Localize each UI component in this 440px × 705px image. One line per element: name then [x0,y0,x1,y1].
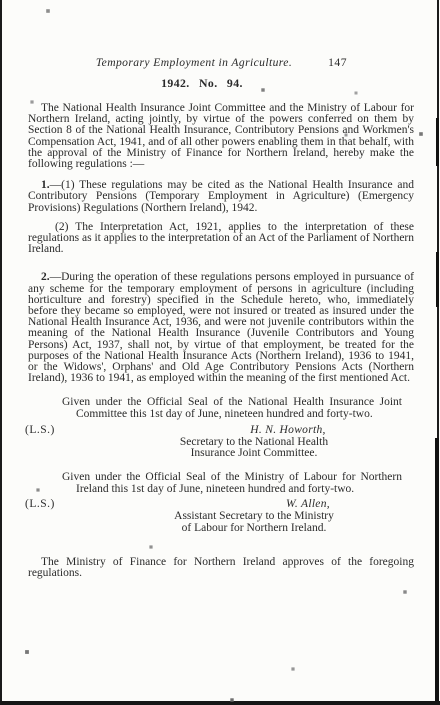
regulation-2-text: —During the operation of these regulatio… [28,271,414,384]
scan-edge-artifact [435,438,439,705]
running-head: Temporary Employment in Agriculture. 147 [28,56,414,69]
signatory-first: H. N. Howorth, [28,424,414,437]
signatory-second-office-line-2: of Labour for Northern Ireland. [28,523,414,535]
signature-row-first: (L.S.) H. N. Howorth, [28,424,414,437]
page-number: 147 [328,56,347,69]
running-title: Temporary Employment in Agriculture. [96,56,292,69]
regulation-1-paragraph: 1.—(1) These regulations may be cited as… [28,180,414,214]
regulation-2-paragraph: 2.—During the operation of these regulat… [28,272,414,384]
signatory-second: W. Allen, [28,498,414,511]
signatory-first-office-line-2: Insurance Joint Committee. [28,448,414,460]
scan-edge-artifact [436,118,439,166]
regulation-1-number: 1. [41,179,50,191]
preamble-paragraph: The National Health Insurance Joint Comm… [28,103,414,170]
attestation-first: Given under the Official Seal of the Nat… [62,397,402,420]
seal-mark-second: (L.S.) [25,498,55,511]
regulation-1-2-paragraph: (2) The Interpretation Act, 1921, applie… [28,222,414,256]
approval-paragraph: The Ministry of Finance for Northern Ire… [28,557,414,579]
scan-edge-artifact [436,252,439,307]
page-left-border [0,0,2,705]
regulation-2-number: 2. [41,271,50,283]
seal-mark-first: (L.S.) [25,424,55,437]
instrument-number: 1942. No. 94. [28,77,414,90]
page-content: Temporary Employment in Agriculture. 147… [28,56,414,579]
document-page: Temporary Employment in Agriculture. 147… [0,0,440,705]
page-bottom-border [0,701,440,705]
attestation-second: Given under the Official Seal of the Min… [62,472,402,495]
scan-noise-specks [0,0,2,2]
signature-row-second: (L.S.) W. Allen, [28,498,414,511]
regulation-1-text: —(1) These regulations may be cited as t… [28,179,414,213]
